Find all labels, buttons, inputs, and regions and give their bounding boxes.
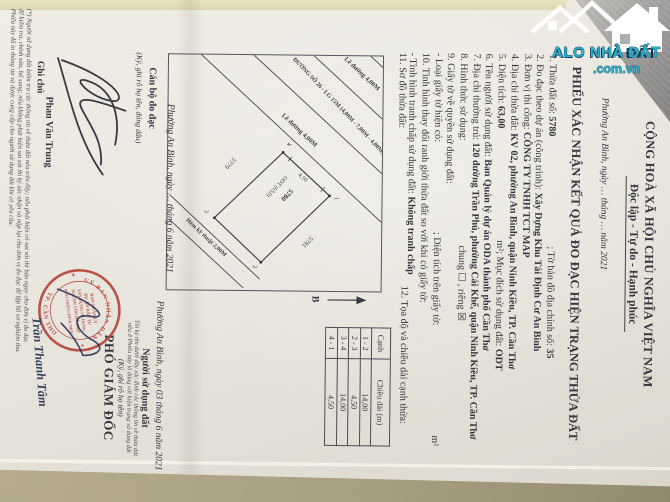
national-header: CỘNG HOÀ XÃ HỘI CHỦ NGHĨA VIỆT NAM: [638, 13, 658, 495]
north-arrow: B: [305, 287, 369, 314]
form-title: PHIẾU XÁC NHẬN KẾT QUẢ ĐO ĐẠC HIỆN TRẠNG…: [565, 42, 584, 464]
sidewalk-label: Lề đường 4,00M: [343, 56, 381, 93]
neighbor-parcel: 5779: [223, 156, 237, 170]
form-items: 1. Thửa đất số: 5780; Tờ bản đồ địa chín…: [401, 53, 558, 499]
table-row: 2 - 34,50: [348, 328, 361, 446]
vertex-label: 3: [202, 210, 209, 213]
parcel-sketch: Lề đường 4,00M ĐƯỜNG SỐ 26 - LG 15M (4,0…: [169, 54, 383, 289]
notes-heading: Ghi chú: [35, 61, 45, 94]
date-line-right: Phường An Bình, ngày 03 tháng 6 năm 2021: [152, 268, 164, 502]
col-edge: Cạnh: [371, 328, 390, 359]
table-row: 1 - 214,00: [359, 328, 372, 446]
watermark-logo: ALO NHÀ ĐẤT ALO NHÀ ĐẤT .com.vn: [518, 0, 670, 82]
edge-length-table: Cạnh Chiều dài (m) 1 - 214,002 - 34,503 …: [324, 327, 391, 447]
table-row: 4 - 14,50: [325, 327, 338, 445]
vertex-label: 4: [285, 142, 292, 146]
land-user-role: Người sử dụng đất: [139, 320, 151, 456]
notes-body: (*) Người sử dụng đất kiểm tra các thông…: [4, 9, 33, 485]
surveyor-signature: [49, 52, 134, 181]
parcel-outline: [214, 152, 330, 263]
brand-domain: .com.vn: [593, 62, 640, 76]
parcel-number: 5780: [279, 187, 295, 203]
table-header-row: Cạnh Chiều dài (m): [370, 328, 390, 446]
photo-of-land-survey-form: CỘNG HOÀ XÃ HỘI CHỦ NGHĨA VIỆT NAM Độc l…: [0, 0, 670, 502]
road-name-label: ĐƯỜNG SỐ 26 - LG 15M (4,00M - 7,00M - 4,…: [291, 55, 383, 155]
neighbor-parcel: 5781: [300, 235, 314, 249]
table-row: 3 - 414,00: [336, 328, 349, 446]
section-coords-label: 12. Tọa độ và chiều dài cạnh thửa:: [396, 286, 409, 501]
deputy-director-signature: [43, 283, 120, 360]
vertex-label: 2: [251, 265, 258, 268]
date-line-top: Phường An Bình, ngày … tháng … năm 2021: [597, 98, 610, 338]
surveyor-role: Cán bộ đo đạc: [146, 28, 158, 168]
col-length: Chiều dài (m): [370, 359, 390, 446]
stamp-star: ★: [70, 273, 77, 279]
surveyor-sign-hint: (Ký, ghi rõ họ tên, đóng dấu): [134, 13, 145, 183]
brand-text: ALO NHÀ ĐẤT: [552, 44, 661, 61]
vertex-label: 1: [333, 197, 340, 200]
north-label: B: [309, 296, 320, 303]
section-sketch-label: 11. Sơ đồ thửa đất:: [396, 53, 408, 129]
